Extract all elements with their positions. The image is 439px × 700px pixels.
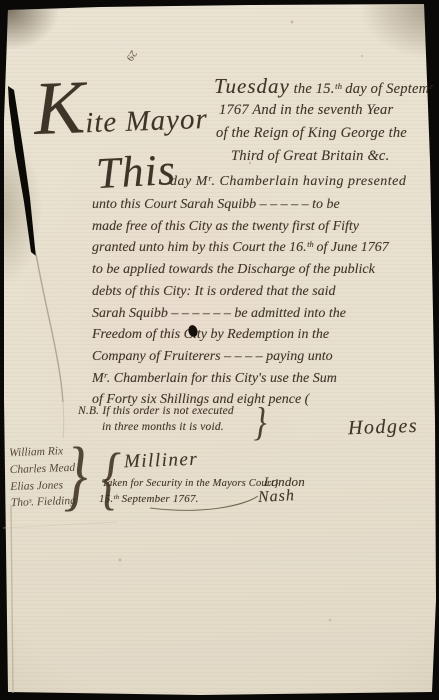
manuscript-photo: 29 Kite Mayor Tuesday the 15.ᵗʰ day of S… [0,0,439,700]
date-line-1-rest: the 15.ᵗʰ day of Septemʳ [294,81,433,97]
body-paragraph: unto this Court Sarah Squibb – – – – – t… [92,194,389,411]
body-opening-word: This [95,144,177,199]
date-opening-word: Tuesday [214,74,290,98]
date-line-1: Tuesday the 15.ᵗʰ day of Septemʳ [214,74,433,99]
date-line-2: 1767 And in the seventh Year [219,102,393,119]
body-line: made free of this City as the twenty fir… [92,216,389,238]
body-line: Sarah Squibb – – – – – – be admitted int… [92,303,389,325]
nota-bene-brace: } [254,398,267,445]
date-line-3: of the Reign of King George the [216,125,407,142]
witness-brace: } [64,436,88,514]
body-line: Freedom of this City by Redemption in th… [92,324,389,346]
security-date: 15.ᵗʰ September 1767. [99,493,199,505]
body-line: Mʳ. Chamberlain for this City's use the … [92,368,389,390]
body-line: to be applied towards the Discharge of t… [92,259,389,281]
mayor-heading: Kite Mayor [33,71,208,142]
security-signature: Nash [258,487,296,507]
nota-bene-line-2: in three months it is void. [102,421,224,433]
body-opening-line: day Mʳ. Chamberlain having presented [170,174,406,190]
body-line: debts of this City: It is ordered that t… [92,281,389,303]
body-line: granted unto him by this Court the 16.ᵗʰ… [92,237,389,259]
trade-label: Milliner [124,449,199,474]
security-statement: Taken for Security in the Mayors Court} [102,478,279,489]
date-line-4: Third of Great Britain &c. [231,148,389,165]
body-line: unto this Court Sarah Squibb – – – – – t… [92,194,389,216]
body-line: Company of Fruiterers – – – – paying unt… [92,346,389,368]
nota-bene-line-1: N.B. If this order is not executed [78,405,234,417]
clerk-signature: Hodges [348,415,419,440]
